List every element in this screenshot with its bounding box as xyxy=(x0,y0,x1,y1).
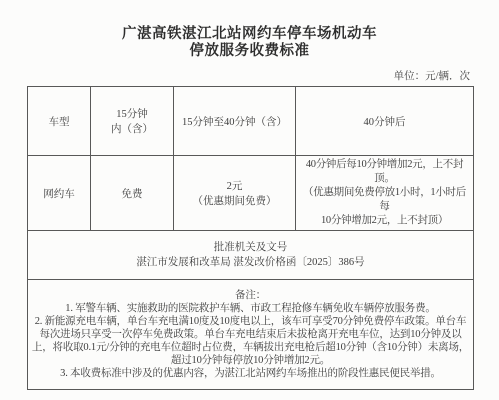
header-cell-15-to-40min: 15分钟至40分钟（含） xyxy=(174,87,296,156)
table-fee-row: 网约车 免费 2元 （优惠期间免费） 40分钟后每10分钟增加2元，上不封顶。 … xyxy=(28,156,474,231)
document-title: 广湛高铁湛江北站网约车停车场机动车 停放服务收费标准 xyxy=(0,0,499,60)
table-notes-row: 备注： 1. 军警车辆、实施救助的医院救护车辆、市政工程抢修车辆免收车辆停放服务… xyxy=(28,280,474,390)
document-page: 广湛高铁湛江北站网约车停车场机动车 停放服务收费标准 单位：元/辆．次 车型 1… xyxy=(0,0,499,400)
approval-cell: 批准机关及文号 湛江市发展和改革局 湛发改价格函〔2025〕386号 xyxy=(28,231,474,280)
document-title-line1: 广湛高铁湛江北站网约车停车场机动车 xyxy=(0,26,499,43)
note-3: 3. 本收费标准中涉及的优惠内容，为湛江北站网约车场推出的阶段性惠民便民举措。 xyxy=(31,367,470,380)
header-cell-within-15min: 15分钟 内（含） xyxy=(91,87,174,156)
notes-cell: 备注： 1. 军警车辆、实施救助的医院救护车辆、市政工程抢修车辆免收车辆停放服务… xyxy=(28,280,474,390)
note-2: 2. 新能源充电车辆，单台车充电满10度及10度电以上，该车可享受70分钟免费停… xyxy=(31,315,470,367)
table-header-row: 车型 15分钟 内（含） 15分钟至40分钟（含） 40分钟后 xyxy=(28,87,474,156)
approval-title: 批准机关及文号 xyxy=(31,240,470,255)
approval-document-number: 湛江市发展和改革局 湛发改价格函〔2025〕386号 xyxy=(31,255,470,270)
cell-vehicle-type: 网约车 xyxy=(28,156,91,231)
cell-fee-after-40min: 40分钟后每10分钟增加2元，上不封顶。 （优惠期间免费停放1小时，1小时后每 … xyxy=(296,156,474,231)
note-1: 1. 军警车辆、实施救助的医院救护车辆、市政工程抢修车辆免收车辆停放服务费。 xyxy=(31,302,470,315)
table-approval-row: 批准机关及文号 湛江市发展和改革局 湛发改价格函〔2025〕386号 xyxy=(28,231,474,280)
document-title-line2: 停放服务收费标准 xyxy=(0,43,499,60)
unit-label: 单位：元/辆．次 xyxy=(0,68,470,83)
notes-label: 备注： xyxy=(31,289,470,302)
cell-fee-15-to-40min: 2元 （优惠期间免费） xyxy=(174,156,296,231)
cell-fee-within-15min: 免费 xyxy=(91,156,174,231)
header-cell-after-40min: 40分钟后 xyxy=(296,87,474,156)
fee-table: 车型 15分钟 内（含） 15分钟至40分钟（含） 40分钟后 网约车 免费 2… xyxy=(27,86,474,390)
header-cell-vehicle-type: 车型 xyxy=(28,87,91,156)
